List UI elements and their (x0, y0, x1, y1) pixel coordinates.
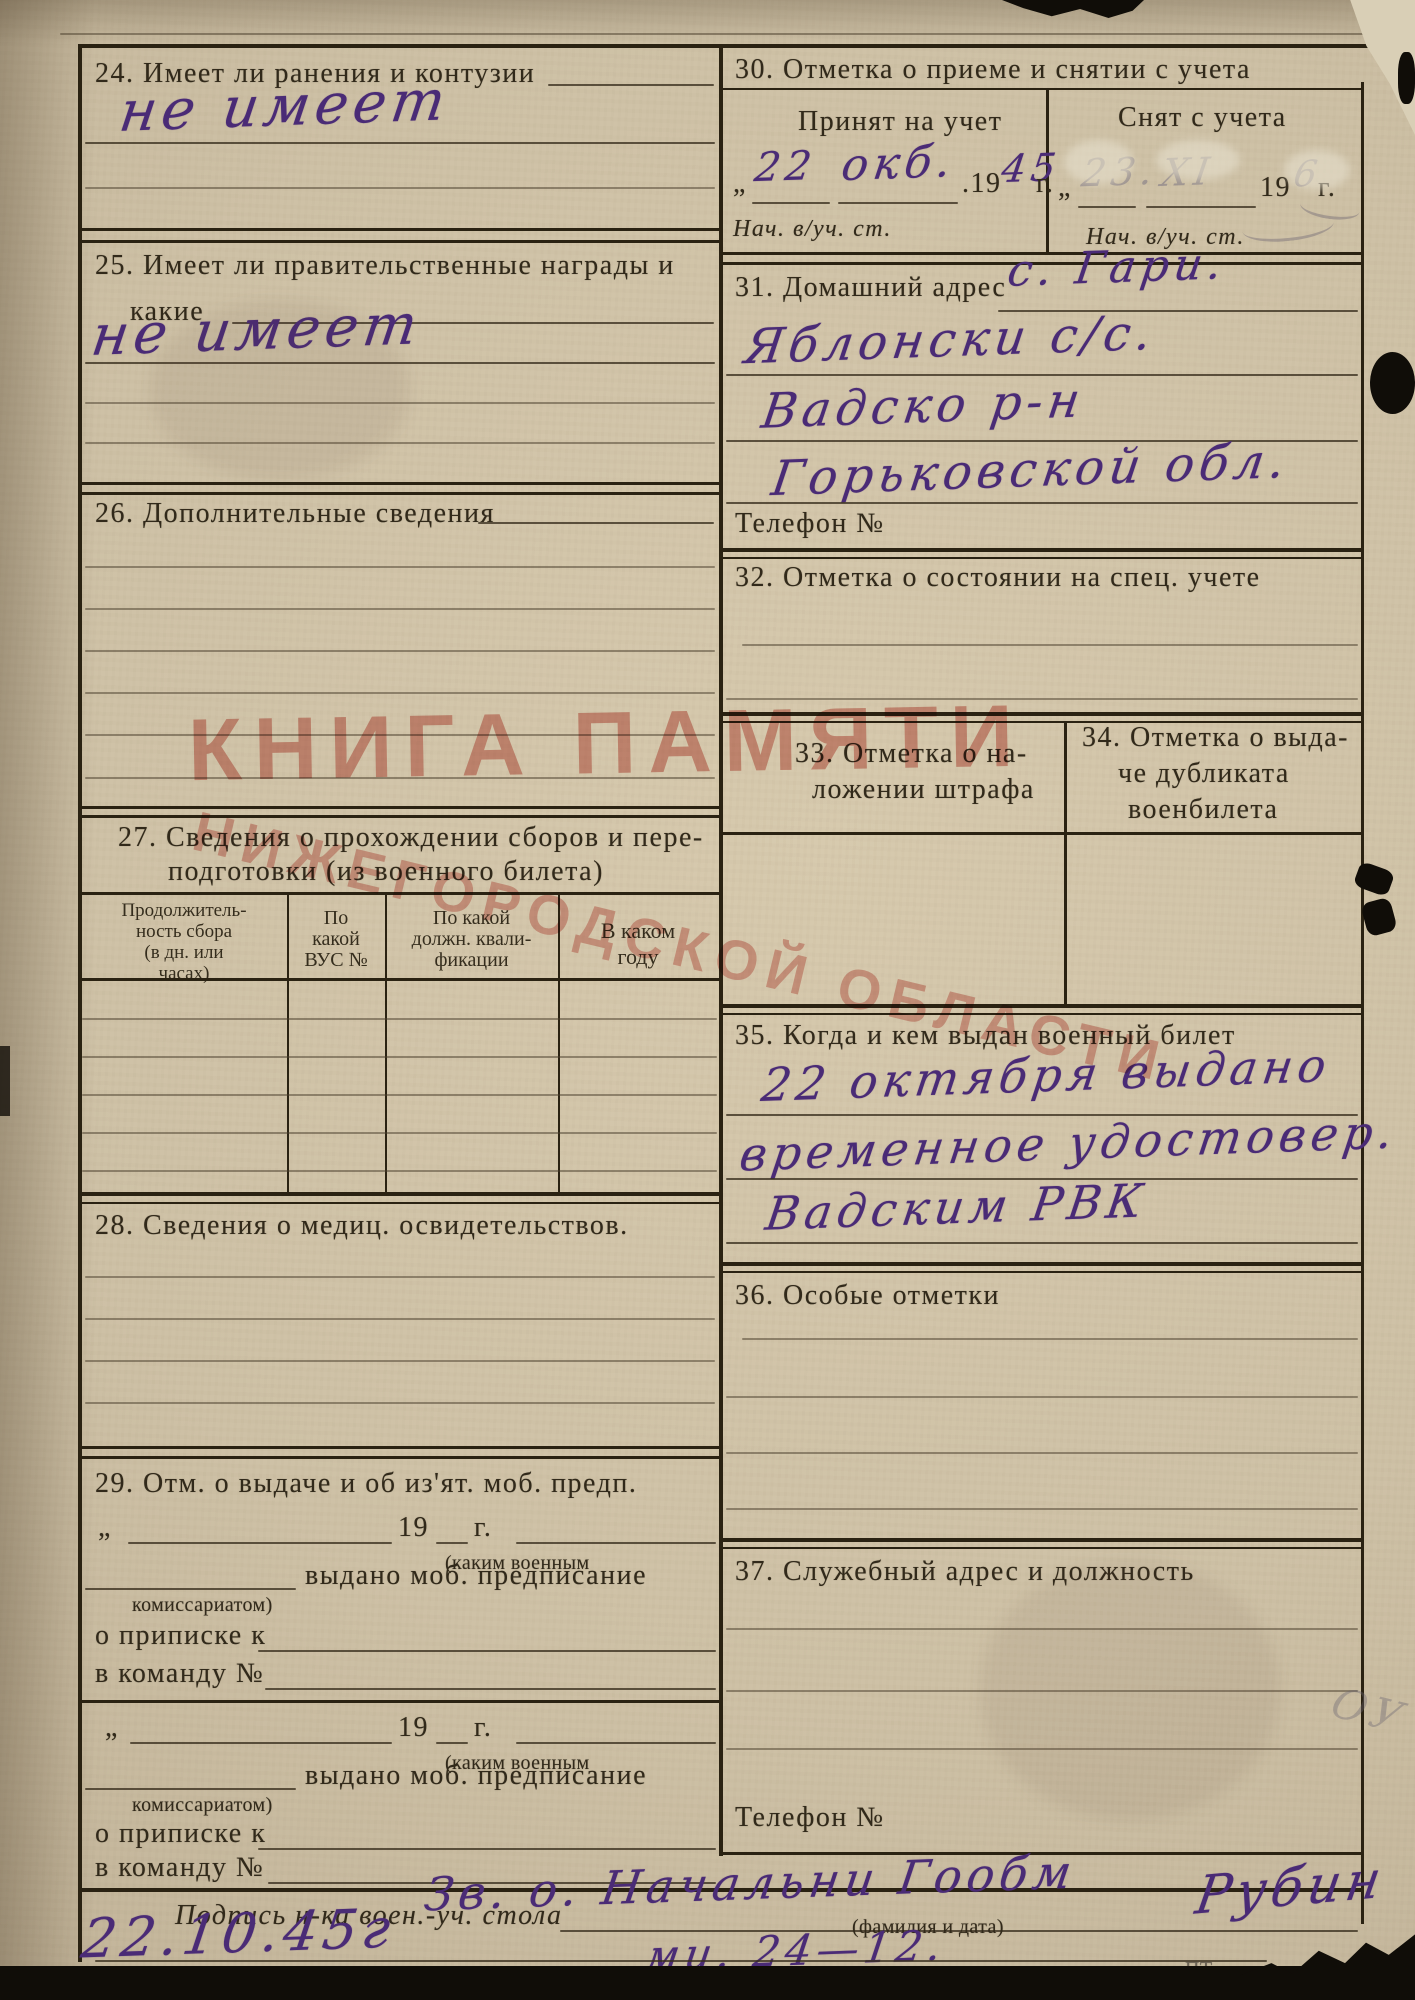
phone-label: Телефон № (735, 1802, 885, 1834)
frame-top-border (78, 44, 1415, 48)
table-column-border (558, 892, 560, 1194)
scanned-military-card-page: 24. Имеет ли ранения и контузии не имеет… (0, 0, 1415, 2000)
table-header-duration: Продолжитель- ность сбора (в дн. или час… (84, 900, 284, 984)
ruled-line (85, 777, 715, 779)
ruled-line (85, 1276, 715, 1278)
field-32-label: 32. Отметка о состоянии на спец. учете (735, 562, 1261, 594)
section-divider (80, 815, 719, 818)
accept-day-handwriting: 22 (752, 143, 819, 191)
table-row-line (82, 1018, 717, 1020)
scan-bottom-edge (0, 1966, 1415, 2000)
address-handwriting-1: с. Гари. (1004, 238, 1230, 297)
v-komandu-label: в команду № (95, 1852, 264, 1884)
ruled-line (742, 644, 1358, 646)
field-29-label: 29. Отм. о выдаче и об из'ят. моб. предп… (95, 1468, 637, 1500)
quote-mark: „ (733, 168, 747, 200)
frame-right-border (1361, 82, 1364, 1924)
komissariatom-caption: комиссариатом) (132, 1594, 273, 1617)
paper-stain (980, 1560, 1280, 1820)
erasure-smudge (1156, 140, 1240, 180)
field-34-label-line2: че дубликата (1118, 758, 1290, 790)
quote-mark: „ (1058, 172, 1072, 204)
ruled-line (726, 502, 1358, 504)
section-divider (80, 1456, 719, 1459)
blank-line (516, 1542, 716, 1544)
ruled-line (85, 1360, 715, 1362)
ruled-line (85, 1318, 715, 1320)
accept-month-handwriting: окб. (838, 136, 959, 191)
blank-line (838, 202, 958, 204)
section-divider (722, 548, 1363, 552)
o-pripiske-label: о приписке к (95, 1818, 266, 1850)
table-header-vus: По какой ВУС № (289, 908, 383, 971)
field-26-label: 26. Дополнительные сведения (95, 498, 495, 530)
blank-line (1078, 206, 1136, 208)
blank-line (752, 202, 830, 204)
section-divider (80, 806, 719, 809)
section-divider (80, 492, 719, 495)
blank-line (436, 1542, 468, 1544)
table-header-year: В каком году (560, 918, 716, 970)
year-prefix: 19 (398, 1512, 429, 1544)
section-divider (80, 240, 719, 243)
section-divider (80, 1192, 719, 1196)
section-divider (722, 1538, 1363, 1542)
blank-line (128, 1542, 392, 1544)
quote-mark: „ (105, 1712, 119, 1744)
ruled-line (85, 566, 715, 568)
komissariatom-caption: комиссариатом) (132, 1794, 273, 1817)
section-divider (80, 1202, 719, 1204)
field-31-label: 31. Домашний адрес (735, 272, 1006, 304)
year-suffix: г. (474, 1512, 492, 1544)
cells-top-line (722, 88, 1363, 90)
vydano-mob-label: выдано моб. предписание (305, 1560, 647, 1592)
field-27-label-line2: подготовки (из военного билета) (168, 856, 604, 888)
paper-stain (150, 300, 410, 480)
ruled-line (726, 698, 1358, 700)
section-divider (722, 1271, 1363, 1273)
section-divider (722, 557, 1363, 559)
field-33-label-line1: 33. Отметка о на- (795, 738, 1028, 770)
table-header-qualification: По какой должн. квали- фикации (387, 908, 556, 971)
ruled-line (726, 1396, 1358, 1398)
blank-line (1146, 206, 1256, 208)
edge-tear-blob (1370, 352, 1415, 414)
blank-line (85, 1788, 296, 1790)
table-column-border (287, 892, 289, 1194)
blank-line (436, 1742, 468, 1744)
quote-mark: „ (98, 1512, 112, 1544)
field-36-label: 36. Особые отметки (735, 1280, 1000, 1312)
table-top-border (80, 892, 719, 895)
accept-year-prefix: .19 (962, 168, 1002, 200)
torn-notch (1398, 52, 1415, 104)
field-34-label-line3: военбилета (1128, 794, 1278, 826)
table-row-line (82, 1094, 717, 1096)
field-28-label: 28. Сведения о медиц. освидетельствов. (95, 1210, 629, 1242)
ruled-line (726, 1242, 1358, 1244)
ruled-line (85, 1402, 715, 1404)
section-divider (722, 1262, 1363, 1266)
header-underline (722, 832, 1363, 835)
table-row-line (82, 1170, 717, 1172)
table-row-line (82, 1132, 717, 1134)
accept-year-suffix: г. (1036, 168, 1054, 200)
blank-line (130, 1742, 392, 1744)
ruled-line (726, 1508, 1358, 1510)
address-handwriting-3: Вадско р-н (758, 372, 1088, 440)
section-divider (80, 482, 719, 485)
table-row-line (82, 1056, 717, 1058)
ruled-line (726, 1452, 1358, 1454)
accept-chief-label: Нач. в/уч. ст. (733, 216, 892, 243)
ruled-line (85, 734, 715, 736)
ruled-line (85, 650, 715, 652)
edge-tear-mark (0, 1046, 10, 1116)
table-column-border (385, 892, 387, 1194)
blank-line (258, 1650, 716, 1652)
frame-left-border (78, 44, 82, 1962)
ruled-line (85, 692, 715, 694)
ruled-line (548, 84, 714, 86)
erasure-smudge (1284, 150, 1350, 190)
field-30-label: 30. Отметка о приеме и снятии с учета (735, 54, 1251, 86)
remove-title: Снят с учета (1118, 102, 1287, 134)
column-divider (719, 44, 723, 1856)
blank-line (258, 1848, 716, 1850)
section-divider (722, 1004, 1363, 1008)
section-divider (722, 712, 1363, 716)
field-27-label-line1: 27. Сведения о прохождении сборов и пере… (118, 822, 704, 854)
ruled-line (85, 187, 715, 189)
v-komandu-label: в команду № (95, 1658, 264, 1690)
vydano-mob-label: выдано моб. предписание (305, 1760, 647, 1792)
blank-line (265, 1688, 716, 1690)
erasure-smudge (1064, 140, 1134, 184)
ruled-line (742, 1338, 1358, 1340)
ruled-line (478, 522, 714, 524)
section-divider (722, 1547, 1363, 1549)
field-33-label-line2: ложении штрафа (812, 774, 1035, 806)
field-25-label-line1: 25. Имеет ли правительственные награды и (95, 250, 675, 282)
table-header-underline (80, 978, 719, 981)
field-24-handwriting: не имеет (116, 68, 455, 145)
block-separator (80, 1700, 719, 1703)
section-divider (80, 228, 719, 231)
accept-title: Принят на учет (798, 106, 1002, 138)
footer-bottom-line (95, 1960, 1267, 1962)
fine-duplicate-divider (1064, 721, 1067, 1006)
ruled-line (85, 608, 715, 610)
blank-line (85, 1588, 296, 1590)
field-34-label-line1: 34. Отметка о выда- (1082, 722, 1349, 754)
section-divider (80, 1446, 719, 1449)
frame-outer-top-line (60, 33, 1415, 35)
year-suffix: г. (474, 1712, 492, 1744)
section-divider (722, 1013, 1363, 1015)
blank-line (516, 1742, 716, 1744)
phone-label: Телефон № (735, 508, 885, 540)
ruled-line (85, 142, 715, 144)
year-prefix: 19 (398, 1712, 429, 1744)
o-pripiske-label: о приписке к (95, 1620, 266, 1652)
